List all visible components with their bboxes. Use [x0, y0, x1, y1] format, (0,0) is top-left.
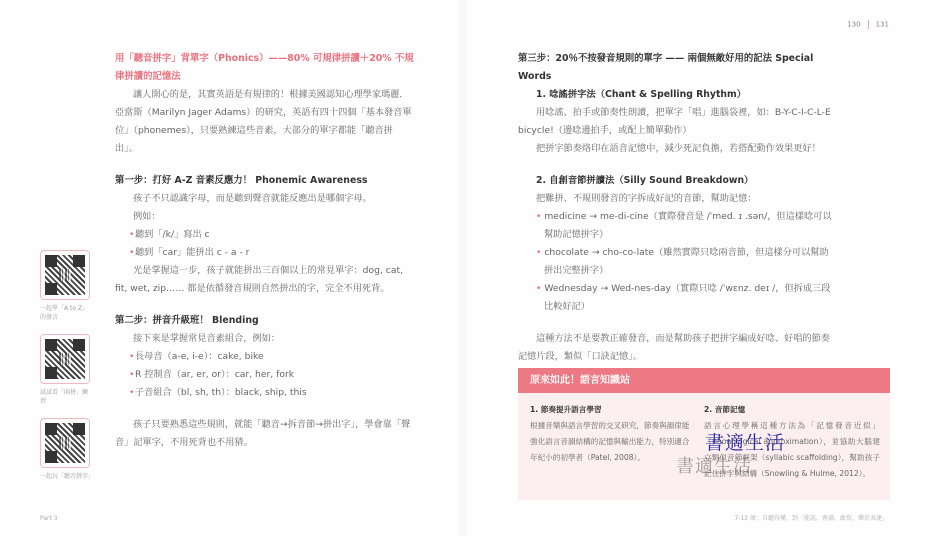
page-numbers: 130131	[847, 20, 889, 29]
method1-paragraph-2: 把拼字節奏烙印在語音記憶中，減少死記負擔，若搭配動作效果更好！	[518, 140, 834, 158]
qr-caption: 一起學「A to Z」的發音	[40, 304, 92, 322]
qr-code-icon	[45, 339, 85, 379]
step3-conclusion: 這種方法不是要教正確發音，而是幫助孩子把拼字編成好唸、好唱的節奏記憶片段，類似「…	[518, 330, 834, 366]
qr-code-column: 一起學「A to Z」的發音 試試看「兩拼」練習 一起玩「聽音拼字」	[40, 250, 92, 493]
knowledge-item-title: 2. 音節記憶	[704, 402, 880, 418]
step1-heading: 第一步：打好 A-Z 音素反應力！ Phonemic Awareness	[115, 172, 415, 190]
left-page-content: 用「聽音拼字」背單字（Phonics）——80% 可規律拼讀＋20% 不規律拼讀…	[115, 50, 415, 452]
qr-item: 試試看「兩拼」練習	[40, 334, 92, 406]
step1-bullet: 聽到「car」能拼出 c - a - r	[115, 244, 415, 262]
step1-paragraph: 孩子不只認識字母，而是聽到聲音就能反應出是哪個字母。	[115, 190, 415, 208]
step2-paragraph: 接下來是掌握常見音素組合，例如：	[115, 330, 415, 348]
page-number-left: 130	[847, 21, 860, 29]
method2-heading: 2. 自創音節拼讀法（Silly Sound Breakdown）	[518, 172, 834, 190]
qr-caption: 一起玩「聽音拼字」	[40, 472, 92, 481]
method2-bullet: • chocolate → cho-co-late（雖然實際只唸兩音節，但這樣分…	[518, 244, 834, 280]
qr-code-icon	[45, 423, 85, 463]
qr-code-frame[interactable]	[40, 334, 90, 384]
qr-item: 一起學「A to Z」的發音	[40, 250, 92, 322]
qr-code-frame[interactable]	[40, 250, 90, 300]
step2-heading: 第二步：拼音升級班！ Blending	[115, 312, 415, 330]
step2-bullet: 長母音（a-e, i-e）：cake, bike	[115, 348, 415, 366]
page-number-right: 131	[876, 21, 889, 29]
method1-heading: 1. 唸謠拼字法（Chant & Spelling Rhythm）	[518, 86, 834, 104]
footer-chapter-label: 7-12 歲：自聽得懂，到「能說、會讀、敢寫、樂於表達」	[734, 513, 888, 522]
footer-part-label: Part 3	[40, 515, 58, 522]
qr-code-icon	[45, 255, 85, 295]
step2-bullet: R 控制音（ar, er, or）：car, her, fork	[115, 366, 415, 384]
watermark-text-shadow: 書適生活	[676, 452, 752, 478]
section-heading: 用「聽音拼字」背單字（Phonics）——80% 可規律拼讀＋20% 不規律拼讀…	[115, 50, 415, 86]
step1-conclusion: 光是掌握這一步，孩子就能拼出三百個以上的常見單字：dog, cat, fit, …	[115, 262, 415, 298]
qr-caption: 試試看「兩拼」練習	[40, 388, 92, 406]
watermark-text: 書適生活	[705, 428, 785, 455]
page-gutter	[455, 0, 470, 536]
knowledge-item-text: 根據音樂與語言學習的交叉研究，節奏與韻律能強化語言音韻結構的記憶與輸出能力，特別…	[530, 418, 690, 466]
knowledge-box-title: 原來如此！語言知識站	[518, 368, 890, 393]
step3-heading: 第三步：20％不按發音規則的單字 —— 兩個無敵好用的記法 Special Wo…	[518, 50, 834, 86]
step1-bullet: 聽到「/k/」寫出 c	[115, 226, 415, 244]
intro-paragraph: 讓人開心的是，其實英語是有規律的！根據美國認知心理學家瑪麗．亞當斯（Marily…	[115, 86, 415, 158]
method1-paragraph: 用唸謠、拍手或節奏性朗讀，把單字「唱」進腦袋裡，如：B-Y-C-I-C-L-E …	[518, 104, 834, 140]
step1-example-label: 例如：	[115, 208, 415, 226]
qr-item: 一起玩「聽音拼字」	[40, 418, 92, 481]
method2-paragraph: 把難拼、不規則發音的字拆成好記的音節，幫助記憶：	[518, 190, 834, 208]
step2-bullet: 子音組合（bl, sh, th）：black, ship, this	[115, 384, 415, 402]
qr-code-frame[interactable]	[40, 418, 90, 468]
method2-bullet: • Wednesday → Wed-nes-day（實際只唸 /ˈwɛnz. d…	[518, 280, 834, 316]
knowledge-box: 原來如此！語言知識站 1. 節奏提升語言學習 根據音樂與語言學習的交叉研究，節奏…	[518, 368, 890, 500]
method2-bullet: • medicine → me-di-cine（實際發音是 /ˈmed. ɪ .…	[518, 208, 834, 244]
step2-conclusion: 孩子只要熟悉這些規則，就能「聽音→拆音節→拼出字」，學會靠「聲音」記單字，不用死…	[115, 416, 415, 452]
knowledge-item-1: 1. 節奏提升語言學習 根據音樂與語言學習的交叉研究，節奏與韻律能強化語言音韻結…	[530, 402, 690, 466]
right-page-content: 第三步：20％不按發音規則的單字 —— 兩個無敵好用的記法 Special Wo…	[518, 50, 834, 366]
page-number-divider	[868, 20, 869, 29]
knowledge-item-title: 1. 節奏提升語言學習	[530, 402, 690, 418]
